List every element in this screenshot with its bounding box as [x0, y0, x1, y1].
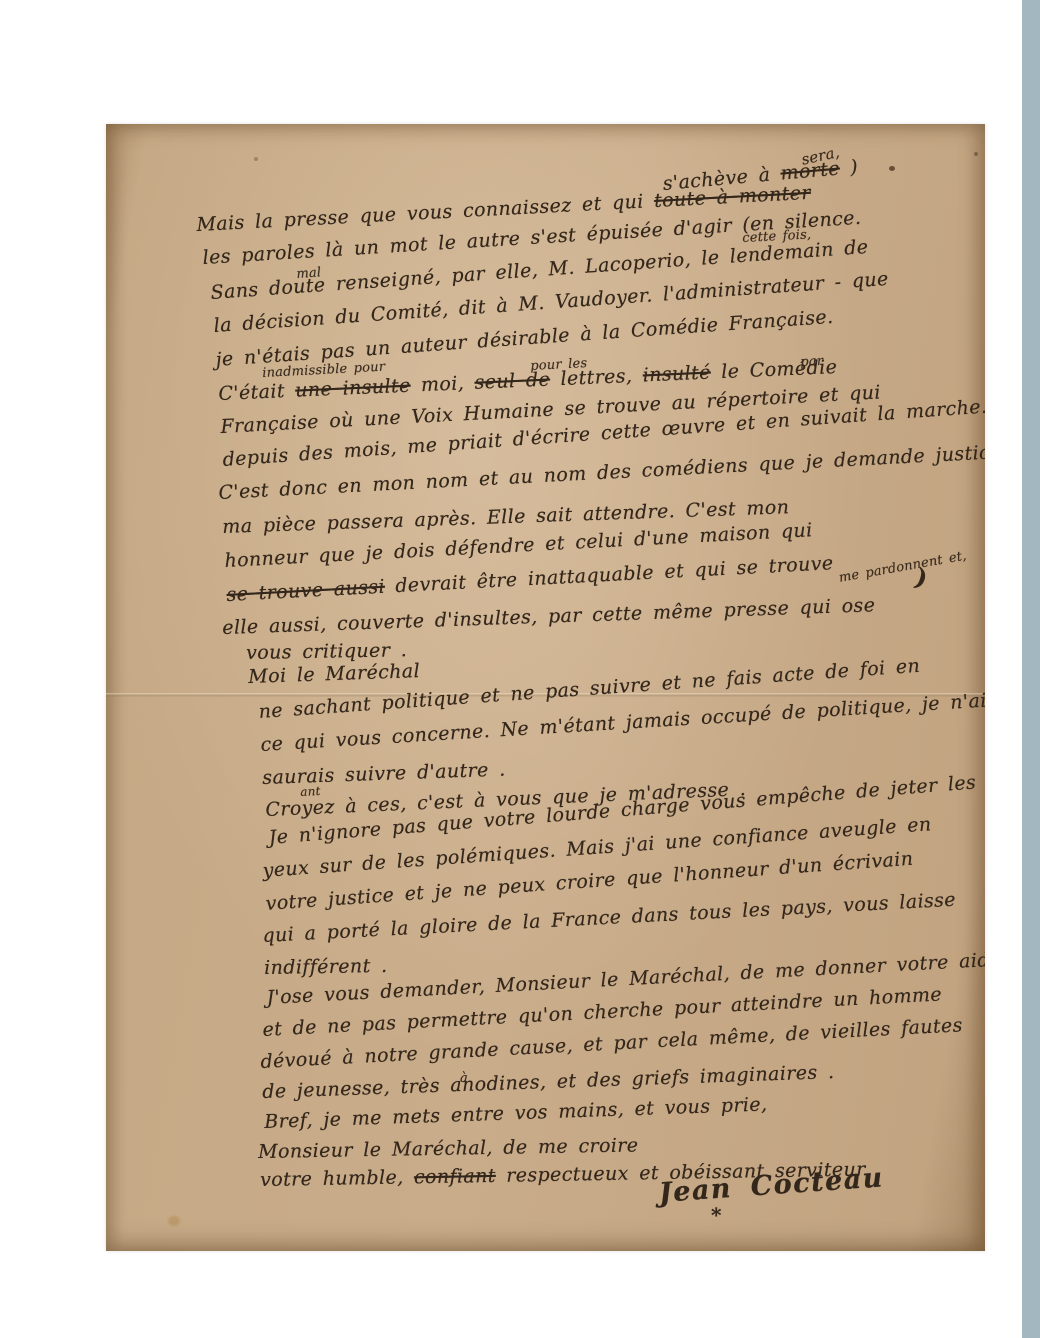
struck-out-text: insulté	[642, 362, 711, 387]
handwritten-line: elle aussi, couverte d'insultes, par cet…	[222, 595, 876, 639]
handwritten-line: indifférent .	[264, 956, 388, 979]
handwritten-line: Monsieur le Maréchal, de me croire	[258, 1135, 639, 1163]
text-segment: lettres,	[550, 364, 644, 390]
text-segment: me pardonnent et,	[838, 549, 968, 586]
foxing-spot	[889, 166, 895, 171]
inserted-word: me pardonnent et,	[838, 550, 968, 587]
letter-paper: sera,s'achève à morte )Mais la presse qu…	[106, 124, 985, 1251]
foxing-spot	[254, 157, 258, 161]
foxing-spot	[974, 152, 978, 156]
struck-out-text: confiant	[414, 1165, 496, 1188]
struck-out-text: morte	[780, 158, 841, 185]
handwritten-line: Moi le Maréchal	[248, 661, 420, 688]
foxing-spot	[168, 1216, 180, 1226]
text-segment: Moi le Maréchal	[248, 660, 420, 688]
ink-mark: *	[711, 1204, 722, 1226]
text-segment: *	[711, 1203, 722, 1227]
handwritten-line: saurais suivre d'autre .	[262, 760, 506, 789]
text-segment: C'était	[218, 380, 296, 405]
text-segment: saurais suivre d'autre .	[262, 759, 506, 789]
text-segment: )	[839, 156, 859, 180]
text-segment: moi,	[410, 372, 475, 397]
text-segment: le Comédie	[710, 356, 837, 383]
text-segment: indifférent .	[264, 955, 388, 979]
text-segment: Monsieur le Maréchal, de me croire	[258, 1134, 639, 1163]
struck-out-text: se trouve aussi	[226, 576, 386, 606]
scanned-letter-page: sera,s'achève à morte )Mais la presse qu…	[0, 0, 1040, 1338]
scan-edge-strip	[1022, 0, 1040, 1338]
struck-out-text: seul de	[474, 369, 550, 394]
text-segment: votre humble,	[260, 1166, 414, 1191]
struck-out-text: une insulte	[295, 375, 411, 402]
